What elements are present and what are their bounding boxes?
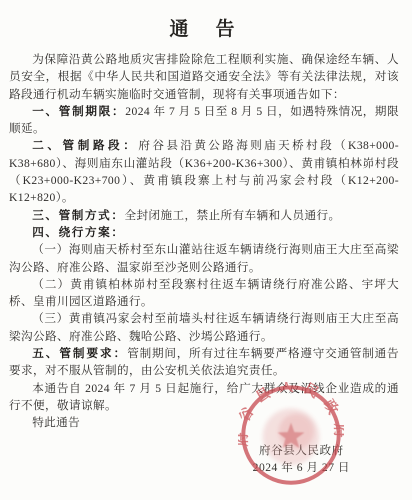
paragraph-2: 二、管制路段：府谷县沿黄公路海则庙天桥村段（K38+000-K38+680）、海…: [9, 137, 399, 206]
paragraph-6: （二）黄甫镇柏林峁村至段寨村往返车辆请绕行府准公路、宇坪大桥、皇甫川园区道路通行…: [9, 276, 399, 311]
notice-document: 通 告 为保障沿黄公路地质灾害排险除危工程顺利实施、确保途经车辆、人员安全，根据…: [0, 0, 412, 500]
paragraph-text: （三）黄甫镇冯家会村至前墙头村往返车辆请绕行海则庙王大庄至高梁沟公路、府准公路、…: [9, 312, 399, 342]
paragraph-3: 三、管制方式：全封闭施工，禁止所有车辆和人员通行。: [9, 207, 399, 224]
paragraph-text: 为保障沿黄公路地质灾害排险除危工程顺利实施、确保途经车辆、人员安全，根据《中华人…: [9, 53, 399, 101]
paragraph-text: 本通告自 2024 年 7 月 5 日起施行，给广大群众及沿线企业造成的通行不便…: [9, 382, 399, 412]
paragraph-1: 一、管制期限：2024 年 7 月 5 日至 8 月 5 日，如遇特殊情况，期限…: [9, 103, 399, 138]
paragraph-label: 三、管制方式：: [32, 209, 124, 222]
paragraph-9: 本通告自 2024 年 7 月 5 日起施行，给广大群众及沿线企业造成的通行不便…: [9, 380, 399, 415]
paragraph-label: 五、管制要求：: [32, 347, 127, 360]
paragraph-text: 特此通告: [32, 416, 80, 429]
paragraph-5: （一）海则庙天桥村至东山灌站往返车辆请绕行海则庙王大庄至高梁沟公路、府准公路、温…: [9, 241, 399, 276]
paragraph-text: （二）黄甫镇柏林峁村至段寨村往返车辆请绕行府准公路、宇坪大桥、皇甫川园区道路通行…: [9, 278, 399, 308]
paragraph-8: 五、管制要求：管制期间，所有过往车辆要严格遵守交通管制通告要求，对不服从管制的，…: [9, 345, 399, 380]
paragraph-label: 二、管制路段：: [32, 139, 138, 152]
signature-date: 2024 年 6 月 27 日: [253, 460, 350, 477]
paragraph-7: （三）黄甫镇冯家会村至前墙头村往返车辆请绕行海则庙王大庄至高梁沟公路、府准公路、…: [9, 310, 399, 345]
paragraph-0: 为保障沿黄公路地质灾害排险除危工程顺利实施、确保途经车辆、人员安全，根据《中华人…: [9, 51, 399, 103]
signature-block: 府谷县人民政府 2024 年 6 月 27 日: [253, 443, 350, 476]
paragraph-text: （一）海则庙天桥村至东山灌站往返车辆请绕行海则庙王大庄至高梁沟公路、府准公路、温…: [9, 243, 399, 273]
page-title: 通 告: [9, 14, 399, 41]
paragraph-10: 特此通告: [9, 414, 399, 431]
paragraph-label: 四、绕行方案：: [32, 226, 124, 239]
paragraph-text: 全封闭施工，禁止所有车辆和人员通行。: [125, 209, 341, 222]
paragraph-4: 四、绕行方案：: [9, 224, 399, 241]
notice-body: 为保障沿黄公路地质灾害排险除危工程顺利实施、确保途经车辆、人员安全，根据《中华人…: [9, 51, 399, 432]
paragraph-label: 一、管制期限：: [32, 105, 125, 118]
signature-issuer: 府谷县人民政府: [253, 443, 350, 460]
